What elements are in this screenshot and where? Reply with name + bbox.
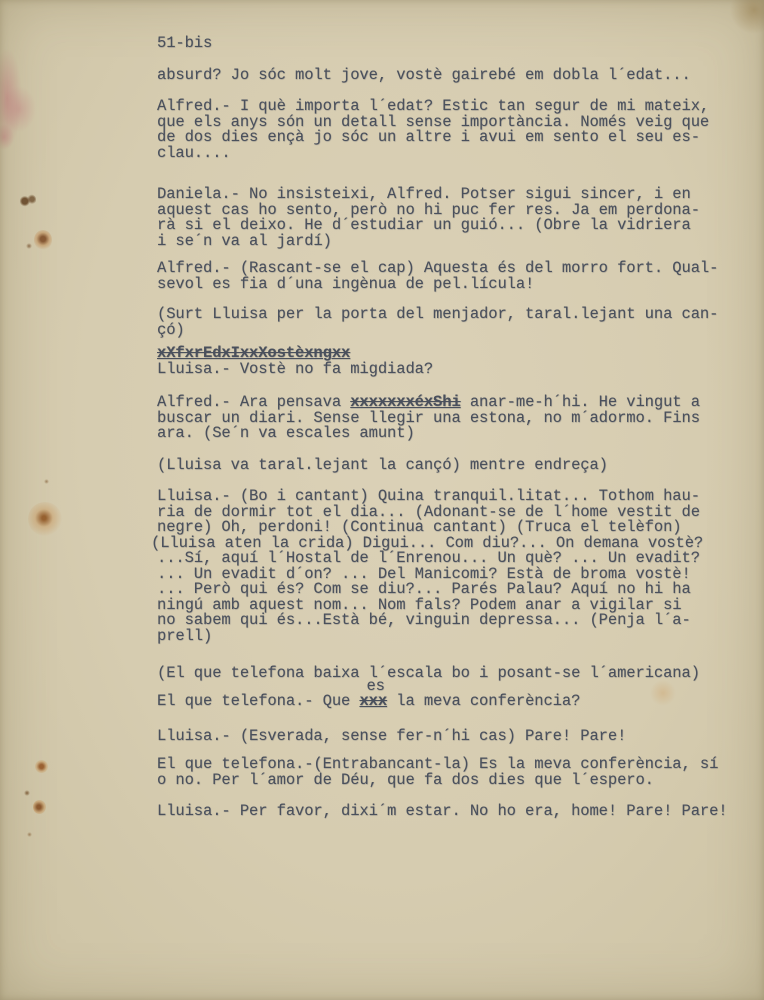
text-segment: la meva conferència? — [387, 692, 580, 710]
pink-stain — [2, 86, 36, 132]
dialogue-daniela: Daniela.- No insisteixi, Alfred. Potser … — [157, 187, 700, 249]
ink-speck — [24, 790, 30, 796]
rust-spot — [35, 760, 48, 773]
strikeout-xxx: xxx — [359, 692, 387, 710]
faint-stain — [650, 680, 676, 706]
corner-discoloration — [730, 0, 764, 34]
ink-speck — [26, 243, 32, 249]
page-number: 51-bis — [157, 36, 212, 52]
stage-direction-telefona: (El que telefona baixa l´escala bo i pos… — [157, 666, 700, 682]
text-segment: Lluisa.- (Bo i cantant) Quina tranquil.l… — [157, 487, 700, 536]
ink-speck — [20, 194, 36, 207]
dialogue-continuation: absurd? Jo sóc molt jove, vostè gairebé … — [157, 68, 691, 84]
ink-speck — [27, 832, 32, 837]
dialogue-telefona-conferencia: El que telefona.- Que esxxx la meva conf… — [157, 694, 580, 710]
pink-stain — [0, 48, 22, 148]
stage-direction-cancon: (Lluisa va taral.lejant la cançó) mentre… — [157, 458, 608, 474]
typescript-scan: { "colors": { "paper": "#d6ccb0", "ink":… — [0, 0, 764, 1000]
dialogue-alfred-rascant: Alfred.- (Rascant-se el cap) Aquesta és … — [157, 261, 718, 292]
rust-spot — [34, 230, 52, 250]
stage-direction-surt-lluisa: (Surt Lluisa per la porta del menjador, … — [157, 307, 718, 338]
text-segment: buscar un diari. Sense llegir una estona… — [157, 409, 700, 443]
ink-speck — [44, 479, 49, 484]
text-segment: El que telefona.- Que — [157, 692, 359, 710]
dialogue-alfred-pensava: Alfred.- Ara pensava xxxxxxxéxShi anar-m… — [157, 395, 700, 442]
dialogue-lluisa-phone: Lluisa.- (Bo i cantant) Quina tranquil.l… — [157, 489, 703, 644]
dialogue-lluisa-final: Lluisa.- Per favor, dixi´m estar. No ho … — [157, 804, 728, 820]
text-segment: ...Sí, aquí l´Hostal de l´Enrenou... Un … — [157, 549, 700, 645]
strikeout-text: esxxx — [359, 692, 387, 710]
inserted-word-above: es — [366, 679, 384, 695]
dialogue-telefona-entrabancant: El que telefona.-(Entrabancant-la) Es la… — [157, 757, 718, 788]
pink-stain — [0, 124, 14, 150]
rust-spot — [33, 800, 46, 814]
rust-spot — [28, 502, 62, 536]
dialogue-alfred-importa: Alfred.- I què importa l´edat? Estic tan… — [157, 99, 709, 161]
dialogue-lluisa-migdiada: Lluisa.- Vostè no fa migdiada? — [157, 362, 433, 378]
dialogue-lluisa-esverada: Lluisa.- (Esverada, sense fer-n´hi cas) … — [157, 729, 626, 745]
